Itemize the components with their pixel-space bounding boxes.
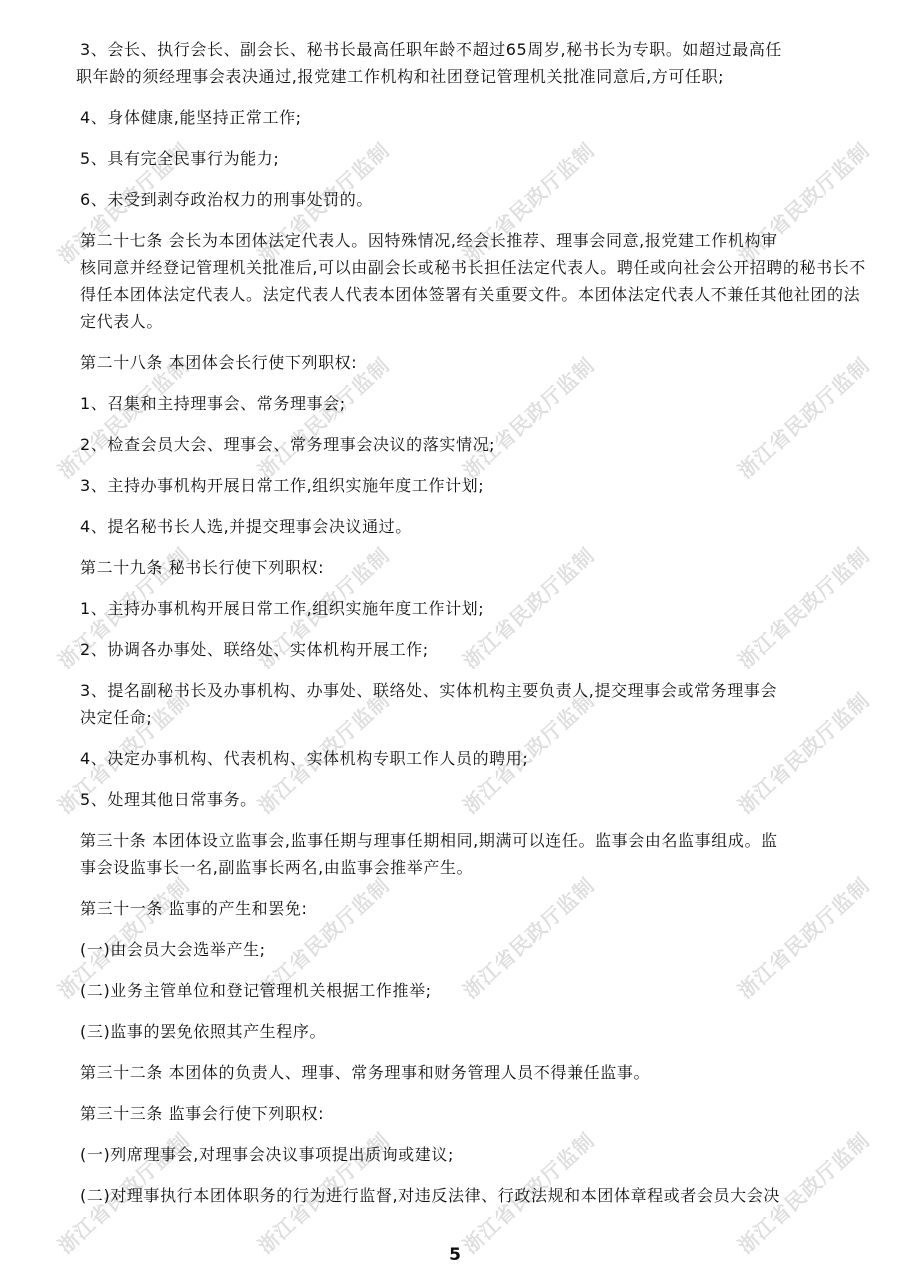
paragraph-line: 4、身体健康,能坚持正常工作;	[80, 108, 302, 127]
paragraph: 2、检查会员大会、理事会、常务理事会决议的落实情况;	[80, 431, 870, 458]
paragraph-line: (二)对理事执行本团体职务的行为进行监督,对违反法律、行政法规和本团体章程或者会…	[80, 1186, 780, 1205]
paragraph: (一)列席理事会,对理事会决议事项提出质询或建议;	[80, 1141, 870, 1168]
paragraph-line: 第三十二条 本团体的负责人、理事、常务理事和财务管理人员不得兼任监事。	[80, 1063, 650, 1082]
paragraph-line: 决定任命;	[80, 708, 152, 727]
paragraph: 1、主持办事机构开展日常工作,组织实施年度工作计划;	[80, 595, 870, 622]
article-30: 第三十条 本团体设立监事会,监事任期与理事任期相同,期满可以连任。监事会由名监事…	[80, 827, 870, 881]
paragraph-line: (三)监事的罢免依照其产生程序。	[80, 1022, 326, 1041]
paragraph: 3、提名副秘书长及办事机构、办事处、联络处、实体机构主要负责人,提交理事会或常务…	[80, 677, 870, 731]
article-29: 第二十九条 秘书长行使下列职权:	[80, 554, 870, 581]
paragraph: 4、身体健康,能坚持正常工作;	[80, 104, 870, 131]
paragraph: (三)监事的罢免依照其产生程序。	[80, 1018, 870, 1045]
article-33: 第三十三条 监事会行使下列职权:	[80, 1100, 870, 1127]
paragraph-line: 第三十一条 监事的产生和罢免:	[80, 899, 307, 918]
paragraph-line: (一)由会员大会选举产生;	[80, 940, 266, 959]
paragraph-line: 4、提名秘书长人选,并提交理事会决议通过。	[80, 517, 412, 536]
paragraph-line: 3、会长、执行会长、副会长、秘书长最高任职年龄不超过65周岁,秘书长为专职。如超…	[76, 40, 782, 59]
paragraph-line: 3、提名副秘书长及办事机构、办事处、联络处、实体机构主要负责人,提交理事会或常务…	[80, 681, 777, 700]
article-31: 第三十一条 监事的产生和罢免:	[80, 895, 870, 922]
paragraph-line: 3、主持办事机构开展日常工作,组织实施年度工作计划;	[80, 476, 484, 495]
paragraph-line: 第二十八条 本团体会长行使下列职权:	[80, 353, 357, 372]
paragraph-line: 职年龄的须经理事会表决通过,报党建工作机构和社团登记管理机关批准同意后,方可任职…	[76, 67, 724, 86]
article-32: 第三十二条 本团体的负责人、理事、常务理事和财务管理人员不得兼任监事。	[80, 1059, 870, 1086]
paragraph: 5、处理其他日常事务。	[80, 786, 870, 813]
paragraph-line: 6、未受到剥夺政治权力的刑事处罚的。	[80, 190, 373, 209]
paragraph: 1、召集和主持理事会、常务理事会;	[80, 390, 870, 417]
paragraph: 2、协调各办事处、联络处、实体机构开展工作;	[80, 636, 870, 663]
paragraph: 6、未受到剥夺政治权力的刑事处罚的。	[80, 186, 870, 213]
paragraph: 4、决定办事机构、代表机构、实体机构专职工作人员的聘用;	[80, 745, 870, 772]
paragraph-line: 2、检查会员大会、理事会、常务理事会决议的落实情况;	[80, 435, 495, 454]
paragraph: 5、具有完全民事行为能力;	[80, 145, 870, 172]
paragraph-line: 第三十条 本团体设立监事会,监事任期与理事任期相同,期满可以连任。监事会由名监事…	[80, 831, 778, 850]
paragraph-line: 核同意并经登记管理机关批准后,可以由副会长或秘书长担任法定代表人。聘任或向社会公…	[80, 258, 866, 331]
paragraph-line: 1、召集和主持理事会、常务理事会;	[80, 394, 346, 413]
paragraph-line: 5、处理其他日常事务。	[80, 790, 257, 809]
page-number: 5	[0, 1245, 910, 1265]
document-body: 3、会长、执行会长、副会长、秘书长最高任职年龄不超过65周岁,秘书长为专职。如超…	[80, 36, 870, 1223]
paragraph-line: 第二十七条 会长为本团体法定代表人。因特殊情况,经会长推荐、理事会同意,报党建工…	[80, 231, 778, 250]
paragraph-line: 事会设监事长一名,副监事长两名,由监事会推举产生。	[80, 858, 473, 877]
paragraph: (二)业务主管单位和登记管理机关根据工作推举;	[80, 977, 870, 1004]
paragraph: 3、主持办事机构开展日常工作,组织实施年度工作计划;	[80, 472, 870, 499]
paragraph-line: 1、主持办事机构开展日常工作,组织实施年度工作计划;	[80, 599, 484, 618]
paragraph-line: (一)列席理事会,对理事会决议事项提出质询或建议;	[80, 1145, 454, 1164]
paragraph: 4、提名秘书长人选,并提交理事会决议通过。	[80, 513, 870, 540]
paragraph: (二)对理事执行本团体职务的行为进行监督,对违反法律、行政法规和本团体章程或者会…	[80, 1182, 870, 1209]
article-28: 第二十八条 本团体会长行使下列职权:	[80, 349, 870, 376]
paragraph-line: 2、协调各办事处、联络处、实体机构开展工作;	[80, 640, 429, 659]
paragraph-line: 第二十九条 秘书长行使下列职权:	[80, 558, 324, 577]
paragraph: 3、会长、执行会长、副会长、秘书长最高任职年龄不超过65周岁,秘书长为专职。如超…	[76, 36, 870, 90]
paragraph: (一)由会员大会选举产生;	[80, 936, 870, 963]
paragraph-line: 4、决定办事机构、代表机构、实体机构专职工作人员的聘用;	[80, 749, 528, 768]
paragraph-line: 5、具有完全民事行为能力;	[80, 149, 279, 168]
document-page: 浙江省民政厅监制 浙江省民政厅监制 浙江省民政厅监制 浙江省民政厅监制 浙江省民…	[0, 0, 910, 1286]
paragraph-line: 第三十三条 监事会行使下列职权:	[80, 1104, 324, 1123]
article-27: 第二十七条 会长为本团体法定代表人。因特殊情况,经会长推荐、理事会同意,报党建工…	[80, 227, 870, 335]
paragraph-line: (二)业务主管单位和登记管理机关根据工作推举;	[80, 981, 432, 1000]
